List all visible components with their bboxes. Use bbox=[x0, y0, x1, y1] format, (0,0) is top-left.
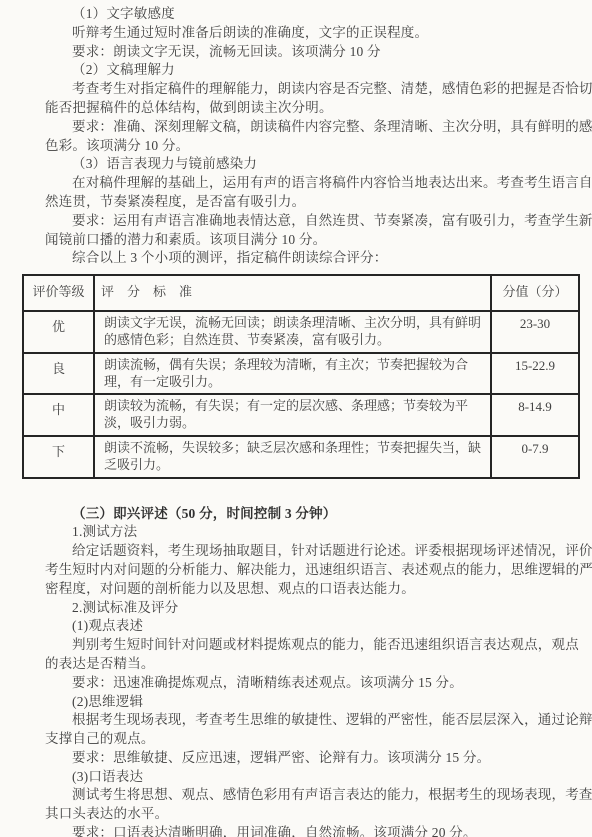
column-header-score: 分值（分） bbox=[491, 275, 579, 311]
document-page: （1）文字敏感度听辩考生通过短时准备后朗读的准确度，文字的正误程度。要求：朗读文… bbox=[0, 0, 592, 837]
text-line: 密程度，对问题的剖析能力以及思想、观点的口语表达能力。 bbox=[45, 580, 575, 599]
criteria-cell: 朗读文字无误，流畅无回读；朗读条理清晰、主次分明，具有鲜明的感情色彩；自然连贯、… bbox=[94, 311, 491, 353]
text-line: 根据考生现场表现，考查考生思维的敏捷性、逻辑的严密性，能否层层深入，通过论辩 bbox=[45, 711, 575, 730]
score-cell: 0-7.9 bbox=[491, 436, 579, 478]
item-heading-viewpoint: (1)观点表述 bbox=[45, 617, 575, 636]
section-impromptu-commentary: （三）即兴评述（50 分，时间控制 3 分钟）1.测试方法给定话题资料，考生现场… bbox=[45, 505, 575, 837]
text-line: 要求：思维敏捷、反应迅速，逻辑严密、论辩有力。该项满分 15 分。 bbox=[45, 749, 575, 768]
grade-cell: 优 bbox=[23, 311, 94, 353]
text-line: 要求：准确、深刻理解文稿，朗读稿件内容完整、条理清晰、主次分明，具有鲜明的感情 bbox=[45, 118, 575, 137]
score-table-header-row: 评价等级 评 分 标 准 分值（分） bbox=[23, 275, 579, 311]
subheading-test-criteria: 2.测试标准及评分 bbox=[45, 599, 575, 618]
text-line: 听辩考生通过短时准备后朗读的准确度，文字的正误程度。 bbox=[45, 24, 575, 43]
table-intro-line: 综合以上 3 个小项的测评，指定稿件朗读综合评分： bbox=[45, 249, 575, 268]
table-row: 下朗读不流畅，失误较多；缺乏层次感和条理性；节奏把握失当，缺乏吸引力。0-7.9 bbox=[23, 436, 579, 478]
text-line: 闻镜前口播的潜力和素质。该项目满分 10 分。 bbox=[45, 231, 575, 250]
item-heading-language-expressiveness: （3）语言表现力与镜前感染力 bbox=[45, 155, 575, 174]
text-line: 要求：运用有声语言准确地表情达意，自然连贯、节奏紧凑，富有吸引力，考查学生新 bbox=[45, 212, 575, 231]
text-line: 考查考生对指定稿件的理解能力，朗读内容是否完整、清楚，感情色彩的把握是否恰切， bbox=[45, 80, 575, 99]
text-line: 能否把握稿件的总体结构，做到朗读主次分明。 bbox=[45, 99, 575, 118]
text-line: 考生短时内对问题的分析能力、解决能力，迅速组织语言、表述观点的能力，思维逻辑的严 bbox=[45, 561, 575, 580]
section-reading-evaluation: （1）文字敏感度听辩考生通过短时准备后朗读的准确度，文字的正误程度。要求：朗读文… bbox=[45, 5, 575, 268]
text-line: 的表达是否精当。 bbox=[45, 655, 575, 674]
text-line: 在对稿件理解的基础上，运用有声的语言将稿件内容恰当地表达出来。考查考生语言自 bbox=[45, 174, 575, 193]
text-line: 要求：朗读文字无误，流畅无回读。该项满分 10 分 bbox=[45, 43, 575, 62]
section-heading-impromptu-commentary: （三）即兴评述（50 分，时间控制 3 分钟） bbox=[45, 505, 575, 524]
grade-cell: 中 bbox=[23, 394, 94, 436]
criteria-cell: 朗读较为流畅，有失误；有一定的层次感、条理感；节奏较为平淡，吸引力弱。 bbox=[94, 394, 491, 436]
text-line: 给定话题资料，考生现场抽取题目，针对话题进行论述。评委根据现场评述情况，评价 bbox=[45, 542, 575, 561]
criteria-cell: 朗读流畅，偶有失误；条理较为清晰，有主次；节奏把握较为合理，有一定吸引力。 bbox=[94, 353, 491, 395]
table-row: 良朗读流畅，偶有失误；条理较为清晰，有主次；节奏把握较为合理，有一定吸引力。15… bbox=[23, 353, 579, 395]
subheading-test-method: 1.测试方法 bbox=[45, 523, 575, 542]
item-heading-logic: (2)思维逻辑 bbox=[45, 693, 575, 712]
grade-cell: 良 bbox=[23, 353, 94, 395]
item-heading-script-comprehension: （2）文稿理解力 bbox=[45, 61, 575, 80]
item-heading-text-sensitivity: （1）文字敏感度 bbox=[45, 5, 575, 24]
text-line: 色彩。该项满分 10 分。 bbox=[45, 137, 575, 156]
text-line: 然连贯，节奏紧凑程度，是否富有吸引力。 bbox=[45, 193, 575, 212]
text-line: 要求：口语表达清晰明确，用词准确，自然流畅。该项满分 20 分。 bbox=[45, 824, 575, 837]
text-line: 支撑自己的观点。 bbox=[45, 730, 575, 749]
text-line: 测试考生将思想、观点、感情色彩用有声语言表达的能力，根据考生的现场表现，考查 bbox=[45, 786, 575, 805]
score-cell: 23-30 bbox=[491, 311, 579, 353]
text-line: 要求：迅速准确提炼观点，清晰精练表述观点。该项满分 15 分。 bbox=[45, 674, 575, 693]
criteria-cell: 朗读不流畅，失误较多；缺乏层次感和条理性；节奏把握失当，缺乏吸引力。 bbox=[94, 436, 491, 478]
score-cell: 15-22.9 bbox=[491, 353, 579, 395]
item-heading-oral-expression: (3)口语表达 bbox=[45, 768, 575, 787]
grade-cell: 下 bbox=[23, 436, 94, 478]
score-table: 评价等级 评 分 标 准 分值（分） 优朗读文字无误，流畅无回读；朗读条理清晰、… bbox=[22, 274, 580, 478]
text-line: 判别考生短时间针对问题或材料提炼观点的能力，能否迅速组织语言表达观点，观点 bbox=[45, 636, 575, 655]
column-header-criteria: 评 分 标 准 bbox=[94, 275, 491, 311]
text-line: 其口头表达的水平。 bbox=[45, 805, 575, 824]
score-cell: 8-14.9 bbox=[491, 394, 579, 436]
table-row: 中朗读较为流畅，有失误；有一定的层次感、条理感；节奏较为平淡，吸引力弱。8-14… bbox=[23, 394, 579, 436]
table-row: 优朗读文字无误，流畅无回读；朗读条理清晰、主次分明，具有鲜明的感情色彩；自然连贯… bbox=[23, 311, 579, 353]
column-header-grade: 评价等级 bbox=[23, 275, 94, 311]
